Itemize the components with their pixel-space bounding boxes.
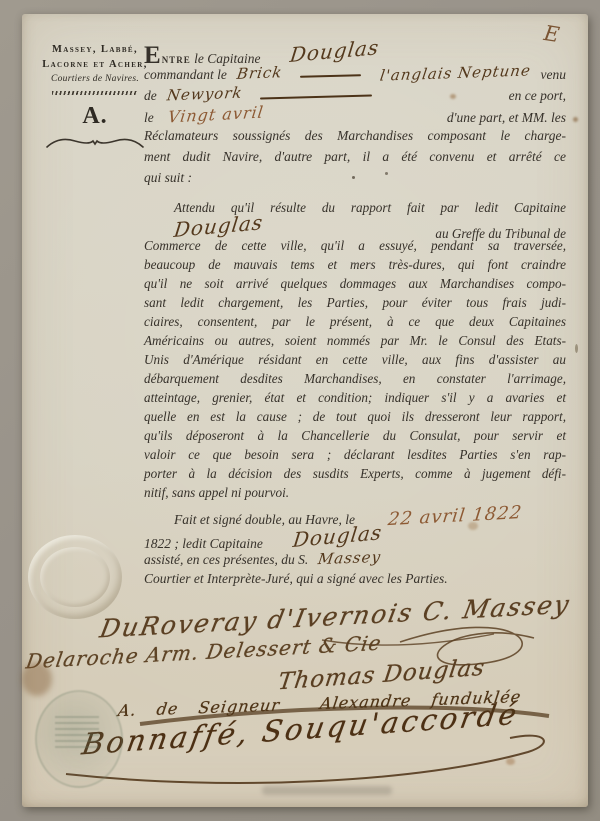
ink-stroke <box>260 94 372 99</box>
handwritten-entry: Douglas <box>289 35 381 67</box>
foxing-stain <box>573 117 578 122</box>
printed-text: quelle en est la cause ; de tout quoi il… <box>144 409 566 424</box>
text-line: qui suit : <box>144 170 566 191</box>
printed-text: qu'ils déposeront à la Chancellerie du C… <box>144 428 566 443</box>
signature: A. de Seigneur Alexandre funduklée <box>117 687 523 720</box>
printed-text: ntre <box>162 51 191 67</box>
signature: Delaroche Arm. Delessert & Cie <box>24 631 383 674</box>
text-line: assisté, en ces présentes, du S.Massey <box>144 550 566 571</box>
printed-text: Réclamateurs soussignés des Marchandises… <box>144 128 566 143</box>
text-line: quelle en est la cause ; de tout quoi il… <box>144 409 566 428</box>
printed-text: valoir ce que besoin sera ; déclarant le… <box>144 447 566 462</box>
foxing-stain <box>506 758 515 765</box>
signature: DuRoveray d'Ivernois C. Massey <box>97 590 573 644</box>
letterhead-initial: A. <box>36 103 154 130</box>
paragraph: Attendu qu'il résulte du rapport fait pa… <box>144 200 566 504</box>
text-line: sant ledit chargement, les Parties, pour… <box>144 295 566 314</box>
handwritten-entry: Massey <box>317 548 383 568</box>
printed-text: 1822 ; ledit Capitaine <box>144 536 263 552</box>
printed-text: nitif, sans appel ni pourvoi. <box>144 485 289 501</box>
text-line: Commerce de cette ville, qu'il a essuyé,… <box>144 238 566 257</box>
handwritten-entry: Newyork <box>166 84 244 105</box>
printed-text: en ce port, <box>509 88 566 104</box>
text-line: Réclamateurs soussignés des Marchandises… <box>144 128 566 149</box>
printed-text: débarquement desdites Marchandises, en c… <box>144 371 566 386</box>
printed-text: ment dudit Navire, d'autre part, il a ét… <box>144 149 566 164</box>
text-line: débarquement desdites Marchandises, en c… <box>144 371 566 390</box>
handwritten-entry: Vingt avril <box>167 102 265 126</box>
text-line: Courtier et Interprète-Juré, qui a signé… <box>144 571 566 592</box>
handwritten-entry: l'anglais Neptune <box>378 61 531 84</box>
printed-text: commandant le <box>144 67 227 83</box>
handwritten-entry: 22 avril 1822 <box>372 502 524 531</box>
letterhead-names-line2: Lacorne et Acher, <box>36 57 154 72</box>
printed-text: sant ledit chargement, les Parties, pour… <box>144 295 566 310</box>
printed-text: Américains ou autres, soient nommés par … <box>144 333 566 348</box>
text-line: commandant leBrickl'anglais Neptunevenu <box>144 65 566 86</box>
foxing-stain <box>450 94 456 99</box>
dropcap: E <box>144 49 162 63</box>
ink-stamp-icon <box>35 690 123 788</box>
text-line: nitif, sans appel ni pourvoi. <box>144 485 566 504</box>
text-line: Américains ou autres, soient nommés par … <box>144 333 566 352</box>
text-line: Unis d'Amérique résidant en cette ville,… <box>144 352 566 371</box>
printed-text: venu <box>541 67 566 83</box>
document-body-text: Entre le CapitaineDouglascommandant leBr… <box>144 44 566 592</box>
text-line: porter à la décision des susdits Experts… <box>144 466 566 485</box>
ink-speck <box>352 176 355 179</box>
foxing-stain <box>468 522 478 530</box>
printed-text: qui suit : <box>144 170 192 186</box>
photo-background: Massey, Labbé, Lacorne et Acher, Courtie… <box>0 0 600 821</box>
printed-text: atteintage, grenier, état et condition; … <box>144 390 566 405</box>
letterhead-names-line1: Massey, Labbé, <box>36 42 154 57</box>
brace-ornament-icon <box>45 134 145 150</box>
printed-text: d'une part, et MM. les <box>447 110 566 126</box>
printed-text: de <box>144 88 157 104</box>
printed-text: le <box>144 110 154 126</box>
text-line: leVingt avrild'une part, et MM. les <box>144 107 566 128</box>
printed-text: porter à la décision des susdits Experts… <box>144 466 566 481</box>
handwritten-entry: Brick <box>236 63 284 83</box>
embossed-seal-icon <box>28 535 122 619</box>
text-line: ment dudit Navire, d'autre part, il a ét… <box>144 149 566 170</box>
ink-stroke <box>300 74 361 78</box>
text-line: valoir ce que besoin sera ; déclarant le… <box>144 447 566 466</box>
paragraph: Fait et signé double, au Havre, le22 avr… <box>144 508 566 592</box>
pencil-smudge <box>262 786 392 795</box>
printed-text: Commerce de cette ville, qu'il a essuyé,… <box>144 238 566 253</box>
printed-text: qu'il ne soit arrivé quelques dommages a… <box>144 276 566 291</box>
printed-text: Courtier et Interprète-Juré, qui a signé… <box>144 571 448 587</box>
ink-speck <box>385 172 388 175</box>
letterhead-subtitle: Courtiers de Navires. <box>36 74 154 84</box>
signature: Thomas Douglas <box>276 655 487 696</box>
document-paper: Massey, Labbé, Lacorne et Acher, Courtie… <box>22 14 588 807</box>
squiggle-ornament <box>52 91 138 95</box>
text-line: qu'il ne soit arrivé quelques dommages a… <box>144 276 566 295</box>
paragraph: Entre le CapitaineDouglascommandant leBr… <box>144 44 566 191</box>
text-line: Douglasau Greffe du Tribunal de <box>144 219 566 238</box>
text-line: beaucoup de mauvais tems et mers très-du… <box>144 257 566 276</box>
printed-text: Unis d'Amérique résidant en cette ville,… <box>144 352 566 367</box>
text-line: qu'ils déposeront à la Chancellerie du C… <box>144 428 566 447</box>
text-line: ciaires, consentent, par le présent, à c… <box>144 314 566 333</box>
text-line: atteintage, grenier, état et condition; … <box>144 390 566 409</box>
text-line: deNewyorken ce port, <box>144 86 566 107</box>
printed-text: beaucoup de mauvais tems et mers très-du… <box>144 257 566 272</box>
letterhead: Massey, Labbé, Lacorne et Acher, Courtie… <box>36 42 154 150</box>
printed-text: assisté, en ces présentes, du S. <box>144 552 308 568</box>
corner-stain <box>22 662 52 696</box>
signature: Bonnaffé, Souqu'accordé <box>79 696 522 761</box>
printed-text: ciaires, consentent, par le présent, à c… <box>144 314 566 329</box>
margin-mark <box>575 344 578 353</box>
text-line: 1822 ; ledit CapitaineDouglas <box>144 529 566 550</box>
